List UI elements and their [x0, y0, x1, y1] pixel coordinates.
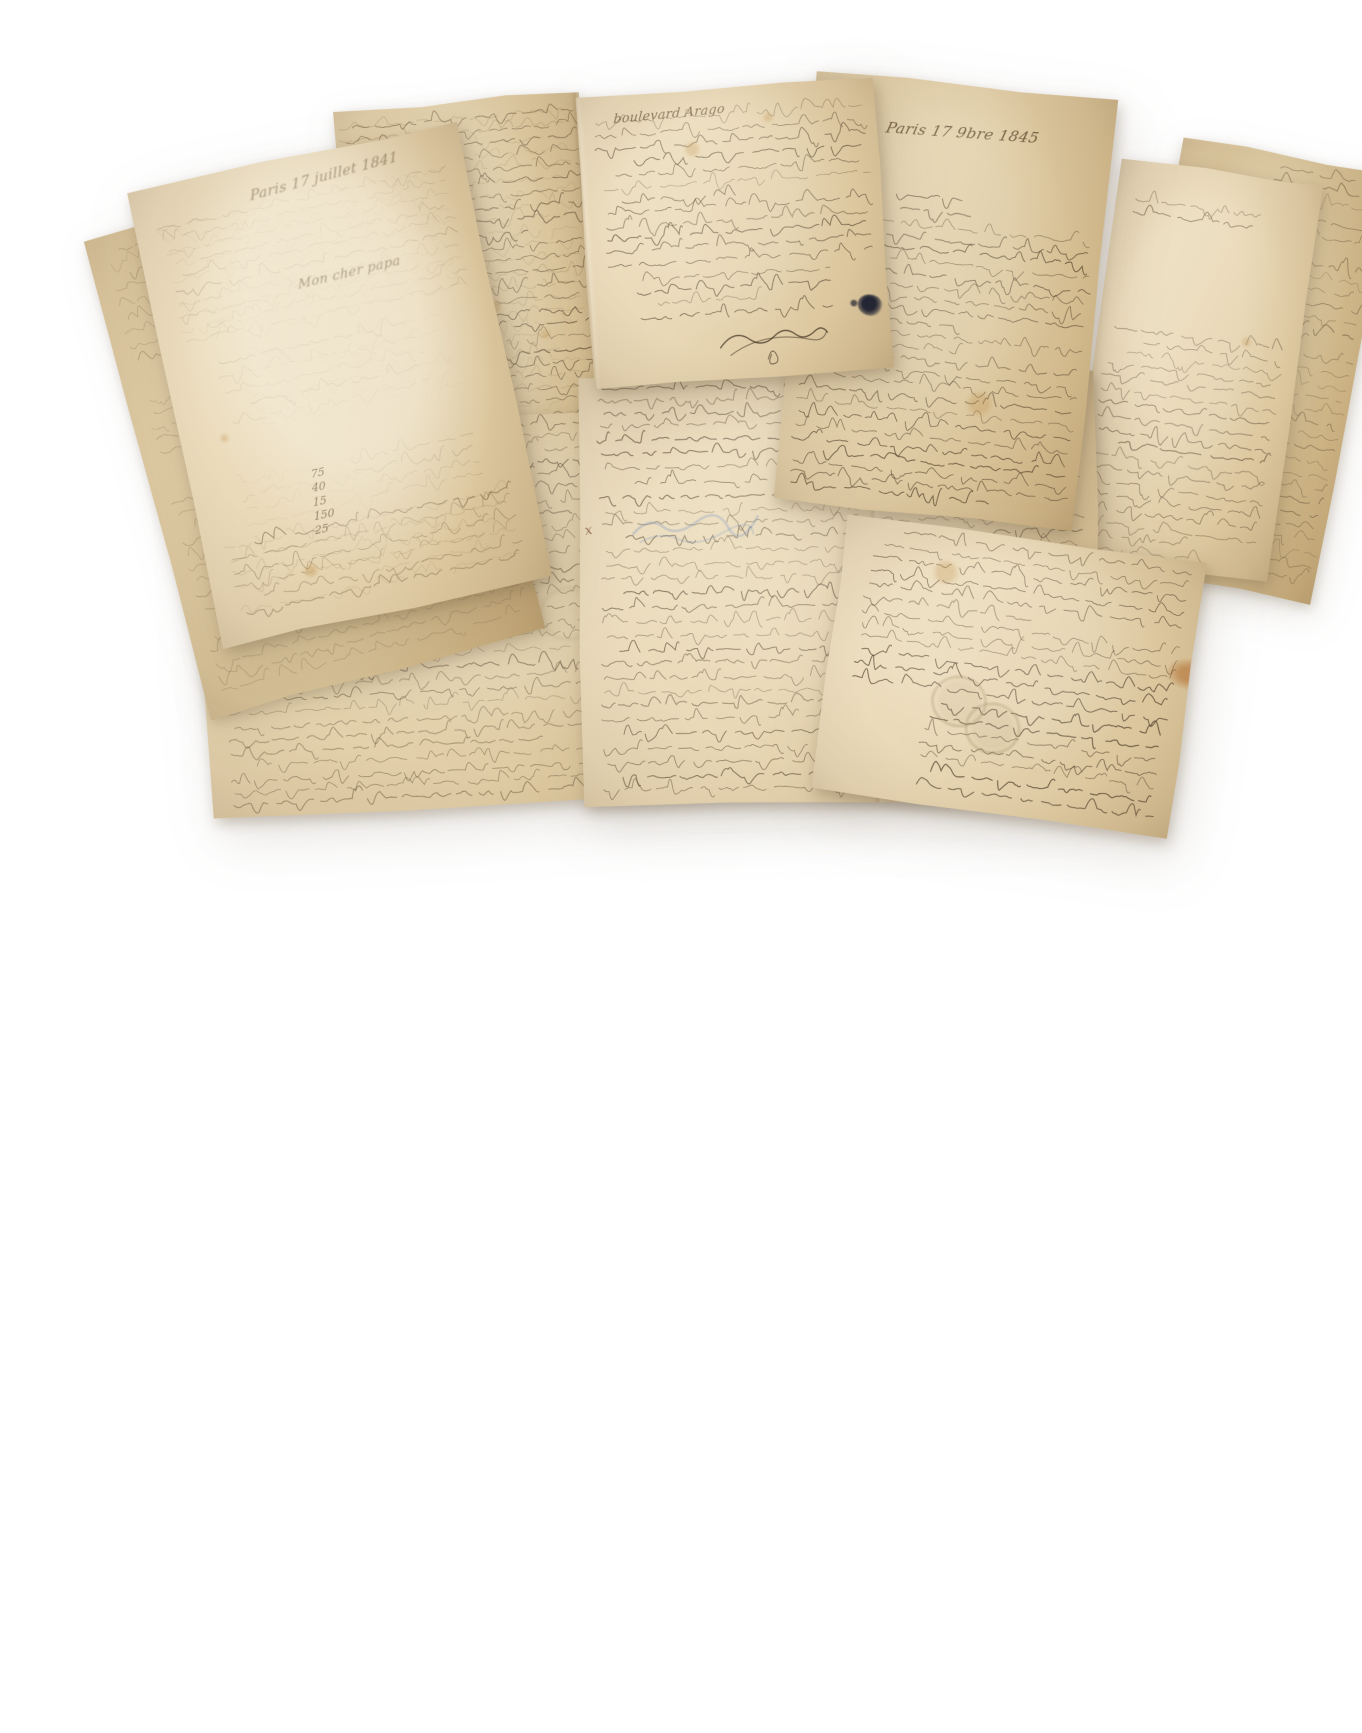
handwriting-line — [790, 472, 990, 511]
handwriting-line — [245, 475, 366, 513]
handwriting-line — [1101, 367, 1276, 405]
handwriting-line — [249, 358, 422, 414]
handwriting — [808, 512, 1207, 840]
handwriting-line — [916, 774, 1155, 824]
handwriting-line — [623, 766, 826, 787]
handwriting-line — [929, 761, 1151, 811]
handwriting-line — [615, 151, 859, 184]
handwriting-line — [231, 729, 543, 764]
handwriting-line — [1086, 511, 1257, 552]
handwriting-line — [253, 478, 514, 552]
handwriting-line — [1134, 189, 1262, 227]
handwriting-line — [376, 454, 481, 491]
handwriting-line — [606, 224, 871, 261]
letter-c-centre-right-half: boulevard Arago — [573, 76, 895, 390]
handwriting-line — [154, 162, 436, 232]
handwriting-line — [940, 691, 1162, 744]
handwriting-line — [260, 374, 463, 435]
handwriting-line — [798, 373, 1072, 422]
handwriting-line — [181, 208, 457, 282]
handwriting-line — [918, 734, 1158, 786]
handwriting-line — [246, 323, 443, 378]
handwriting-line — [861, 612, 1178, 676]
letter-c-paper: boulevard Arago — [573, 76, 895, 390]
handwriting-line — [658, 287, 763, 306]
handwriting-line — [1143, 336, 1282, 372]
handwriting-line — [156, 160, 447, 238]
letter-i-paper — [808, 512, 1207, 840]
handwriting-line — [791, 426, 1066, 473]
handwriting-line — [1091, 443, 1266, 486]
blue-pencil-scribble — [629, 503, 765, 549]
handwriting-line — [899, 207, 970, 226]
handwriting-line — [862, 587, 1032, 628]
handwriting-line — [1091, 484, 1261, 525]
handwriting-line — [1083, 493, 1257, 537]
signature-flourish — [716, 318, 833, 367]
handwriting-line — [869, 572, 1183, 635]
handwriting-line — [208, 276, 468, 349]
handwriting-line — [642, 259, 830, 287]
handwriting-line — [244, 306, 443, 362]
handwriting-line — [224, 342, 427, 401]
handwriting-line — [604, 162, 871, 198]
handwriting-line — [796, 387, 1074, 433]
handwriting-line — [790, 461, 1068, 509]
handwriting-line — [233, 505, 518, 584]
handwriting-line — [608, 185, 873, 223]
handwriting-line — [1118, 432, 1271, 469]
handwriting-line — [349, 425, 473, 464]
handwriting-line — [872, 545, 1187, 609]
handwriting-line — [606, 199, 868, 239]
handwriting-line — [1085, 469, 1264, 515]
handwriting-line — [246, 490, 373, 535]
letters-photograph: x Paris 17 9bre 1845 boulevard Arago — [0, 0, 1362, 900]
handwriting-line — [594, 121, 866, 163]
handwriting-line — [634, 139, 862, 170]
handwriting-line — [852, 667, 1169, 729]
letter-i-bottom-right — [808, 512, 1207, 840]
